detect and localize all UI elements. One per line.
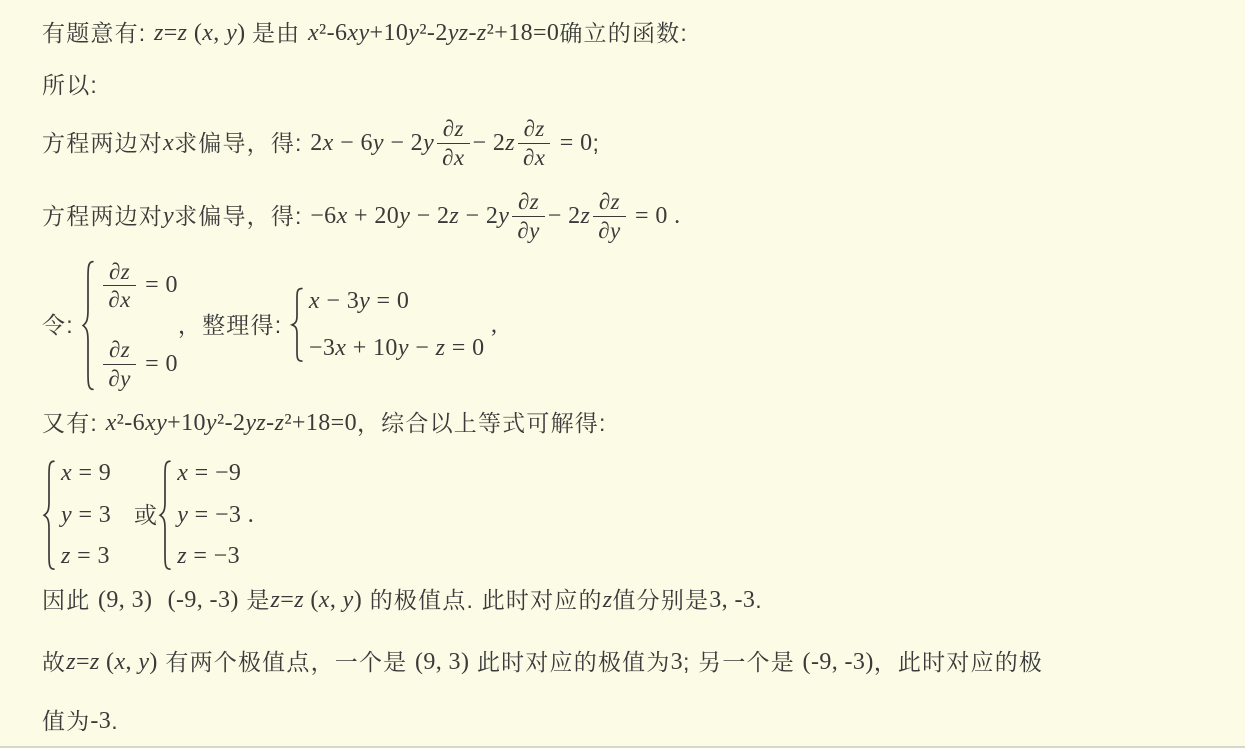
math-run: = 0 . <box>629 202 681 231</box>
math-run: z = 3 <box>61 542 110 571</box>
math-variable: z <box>271 587 281 613</box>
math-run: 2x − 6y − 2y <box>310 129 434 158</box>
math-variable: y <box>163 203 174 229</box>
text-run: ，综合以上等式可解得: <box>357 409 607 438</box>
fraction-numerator: ∂z <box>519 116 550 143</box>
system-lines: ∂z∂x = 0∂z∂y = 0 <box>95 259 178 392</box>
math-variable: x <box>163 130 174 156</box>
math-variable: z <box>449 203 459 229</box>
math-variable: y <box>398 335 409 361</box>
math-variable: yz <box>448 20 469 46</box>
line-also-have: 又有: x²-6xy+10y²-2yz-z²+18=0，综合以上等式可解得: <box>42 400 1245 446</box>
math-variable: x <box>309 288 320 314</box>
text-run: 值为 <box>42 707 90 736</box>
math-variable: z <box>90 649 100 675</box>
text-run: 值分别是 <box>612 586 709 615</box>
math-variable: ∂z <box>518 189 539 214</box>
math-run: − 2z <box>548 202 591 231</box>
math-variable: x <box>114 649 125 675</box>
math-run: x²-6xy+10y²-2yz-z²+18=0 <box>308 19 559 48</box>
text-run: 求偏导，得: <box>174 129 310 158</box>
math-variable: x <box>335 335 346 361</box>
text-run: ，整理得: <box>178 311 290 340</box>
math-run: −3x + 10y − z = 0 <box>309 334 485 363</box>
math-variable: x <box>177 460 188 486</box>
fraction-numerator: ∂z <box>594 189 625 216</box>
solution-page: 有题意有: z=z (x, y) 是由 x²-6xy+10y²-2yz-z²+1… <box>0 0 1245 748</box>
system-line: ∂z∂y = 0 <box>100 337 178 392</box>
system-line: z = 3 <box>61 542 111 571</box>
math-variable: ∂z <box>109 337 130 362</box>
math-variable: y <box>206 410 217 436</box>
line-partial-x: 方程两边对x求偏导，得: 2x − 6y − 2y∂z∂x− 2z∂z∂x = … <box>42 108 1245 178</box>
math-run: −6x + 20y − 2z − 2y <box>310 202 509 231</box>
fraction-denominator: ∂y <box>103 364 135 392</box>
math-run: y = 3 <box>61 501 111 530</box>
math-run: z=z (x, y) <box>66 648 158 677</box>
partial-derivative-fraction: ∂z∂y <box>593 189 625 244</box>
math-variable: y <box>399 203 410 229</box>
math-run: (9, 3) <box>98 586 152 615</box>
math-variable: yz <box>245 410 266 436</box>
math-variable: z <box>436 335 446 361</box>
partial-derivative-fraction: ∂z∂x <box>518 116 550 171</box>
math-variable: x <box>202 20 213 46</box>
math-run: x − 3y = 0 <box>309 287 409 316</box>
math-run: z=z (x, y) <box>154 19 252 48</box>
math-variable: ∂z <box>109 259 130 284</box>
line-final-statement: 故z=z (x, y) 有两个极值点，一个是 (9, 3) 此时对应的极值为3;… <box>42 640 1245 684</box>
math-variable: y <box>498 203 509 229</box>
line-final-wrap: 值为-3. <box>42 700 1245 742</box>
text-run: 方程两边对 <box>42 129 163 158</box>
math-run: (9, 3) <box>415 648 469 677</box>
math-variable: ∂x <box>108 287 130 312</box>
math-run: y <box>163 202 174 231</box>
system-lines: x = −9y = −3z = −3 <box>172 459 241 571</box>
partial-derivative-fraction: ∂z∂y <box>512 189 544 244</box>
math-run: x <box>163 129 174 158</box>
system-line: ∂z∂x = 0 <box>100 259 178 314</box>
math-variable: z <box>294 587 304 613</box>
math-variable: ∂z <box>524 116 545 141</box>
fraction-denominator: ∂x <box>103 285 135 313</box>
fraction-denominator: ∂x <box>518 143 550 171</box>
math-variable: x <box>61 460 72 486</box>
line-partial-y: 方程两边对y求偏导，得: −6x + 20y − 2z − 2y∂z∂y− 2z… <box>42 180 1245 252</box>
math-run: = 0 <box>139 271 178 300</box>
system-lines: x = 9y = 3z = 3 <box>56 459 111 571</box>
text-run: ; <box>593 129 601 158</box>
left-brace-icon <box>81 259 95 392</box>
system-line: y = −3 <box>177 501 241 530</box>
math-variable: y <box>373 130 384 156</box>
system-line: −3x + 10y − z = 0 <box>309 334 485 363</box>
left-brace-icon <box>290 287 304 363</box>
fraction-numerator: ∂z <box>438 116 469 143</box>
text-run: ; 另一个是 <box>683 648 803 677</box>
equation-system: x = 9y = 3z = 3 <box>42 459 111 571</box>
math-run: = 0 <box>139 350 178 379</box>
line-let-system: 令: ∂z∂x = 0∂z∂y = 0，整理得: x − 3y = 0−3x +… <box>42 252 1245 398</box>
line-therefore: 所以: <box>42 64 1245 106</box>
partial-derivative-fraction: ∂z∂y <box>103 337 135 392</box>
math-variable: x <box>106 410 117 436</box>
math-variable: y <box>226 20 237 46</box>
text-run: 因此 <box>42 586 98 615</box>
math-variable: ∂y <box>598 218 620 243</box>
math-variable: xy <box>145 410 167 436</box>
math-run: z <box>603 586 613 615</box>
system-line: y = 3 <box>61 501 111 530</box>
math-variable: y <box>343 587 354 613</box>
text-run: 是由 <box>252 19 308 48</box>
math-variable: ∂z <box>443 116 464 141</box>
math-variable: z <box>154 20 164 46</box>
math-variable: ∂y <box>517 218 539 243</box>
text-run: 故 <box>42 648 66 677</box>
math-run: y = −3 <box>177 501 241 530</box>
line-solutions: x = 9y = 3z = 3 或x = −9y = −3z = −3 . <box>42 450 1245 580</box>
line-conclusion: 因此 (9, 3) (-9, -3) 是z=z (x, y) 的极值点. 此时对… <box>42 580 1245 620</box>
text-run: 所以: <box>42 71 98 100</box>
math-run: z = −3 <box>177 542 240 571</box>
math-run: − 2z <box>473 129 516 158</box>
text-run: 此时对应的极值为 <box>469 648 670 677</box>
text-run: ，此时对应的极 <box>874 648 1043 677</box>
system-line: x = 9 <box>61 459 111 488</box>
text-run <box>152 586 167 615</box>
math-variable: z <box>178 20 188 46</box>
text-run: 方程两边对 <box>42 202 163 231</box>
math-variable: x <box>337 203 348 229</box>
math-variable: z <box>603 587 613 613</box>
text-run: 求偏导，得: <box>174 202 310 231</box>
equation-system: ∂z∂x = 0∂z∂y = 0 <box>81 259 178 392</box>
math-variable: z <box>275 410 285 436</box>
math-variable: ∂z <box>599 189 620 214</box>
math-variable: y <box>423 130 434 156</box>
math-run: x²-6xy+10y²-2yz-z²+18=0 <box>106 409 357 438</box>
math-run: (-9, -3) <box>803 648 874 677</box>
text-run: 的极值点. 此时对应的 <box>362 586 603 615</box>
math-variable: xy <box>347 20 369 46</box>
system-lines: x − 3y = 0−3x + 10y − z = 0 <box>304 287 485 363</box>
math-variable: y <box>359 288 370 314</box>
text-run: . <box>111 707 119 736</box>
math-variable: y <box>177 502 188 528</box>
left-brace-icon <box>42 459 56 571</box>
math-run: 3 <box>671 648 683 677</box>
text-run: 确立的函数: <box>559 19 688 48</box>
math-variable: z <box>477 20 487 46</box>
left-brace-icon <box>158 459 172 571</box>
system-line: x = −9 <box>177 459 241 488</box>
line-premise: 有题意有: z=z (x, y) 是由 x²-6xy+10y²-2yz-z²+1… <box>42 10 1245 56</box>
math-variable: ∂x <box>442 145 464 170</box>
fraction-denominator: ∂y <box>512 216 544 244</box>
math-run: x = 9 <box>61 459 111 488</box>
fraction-numerator: ∂z <box>104 337 135 364</box>
math-variable: y <box>138 649 149 675</box>
math-run: = 0 <box>553 129 592 158</box>
equation-system: x − 3y = 0−3x + 10y − z = 0 <box>290 287 485 363</box>
math-variable: z <box>580 203 590 229</box>
math-run: x = −9 <box>177 459 241 488</box>
math-run: . <box>241 501 254 530</box>
text-run: 令: <box>42 311 81 340</box>
math-variable: z <box>61 543 71 569</box>
text-run: 有两个极值点，一个是 <box>158 648 415 677</box>
math-run: (-9, -3) <box>168 586 239 615</box>
text-run: 是 <box>239 586 271 615</box>
math-variable: y <box>408 20 419 46</box>
math-run: -3 <box>90 707 111 736</box>
math-variable: y <box>61 502 72 528</box>
math-variable: z <box>505 130 515 156</box>
equation-system: x = −9y = −3z = −3 <box>158 459 241 571</box>
math-run: 3, -3 <box>709 586 755 615</box>
partial-derivative-fraction: ∂z∂x <box>437 116 469 171</box>
math-variable: z <box>66 649 76 675</box>
math-variable: x <box>308 20 319 46</box>
text-run: 有题意有: <box>42 19 154 48</box>
partial-derivative-fraction: ∂z∂x <box>103 259 135 314</box>
math-variable: x <box>319 587 330 613</box>
system-line: x − 3y = 0 <box>309 287 485 316</box>
fraction-numerator: ∂z <box>513 189 544 216</box>
text-run: . <box>755 586 763 615</box>
fraction-denominator: ∂x <box>437 143 469 171</box>
math-variable: z <box>177 543 187 569</box>
math-variable: ∂x <box>523 145 545 170</box>
fraction-denominator: ∂y <box>593 216 625 244</box>
math-variable: x <box>323 130 334 156</box>
fraction-numerator: ∂z <box>104 259 135 286</box>
system-line: z = −3 <box>177 542 241 571</box>
math-run: z=z (x, y) <box>271 586 363 615</box>
text-run: 又有: <box>42 409 106 438</box>
math-run: , <box>485 311 498 340</box>
math-variable: ∂y <box>108 366 130 391</box>
text-run: 或 <box>111 501 158 530</box>
